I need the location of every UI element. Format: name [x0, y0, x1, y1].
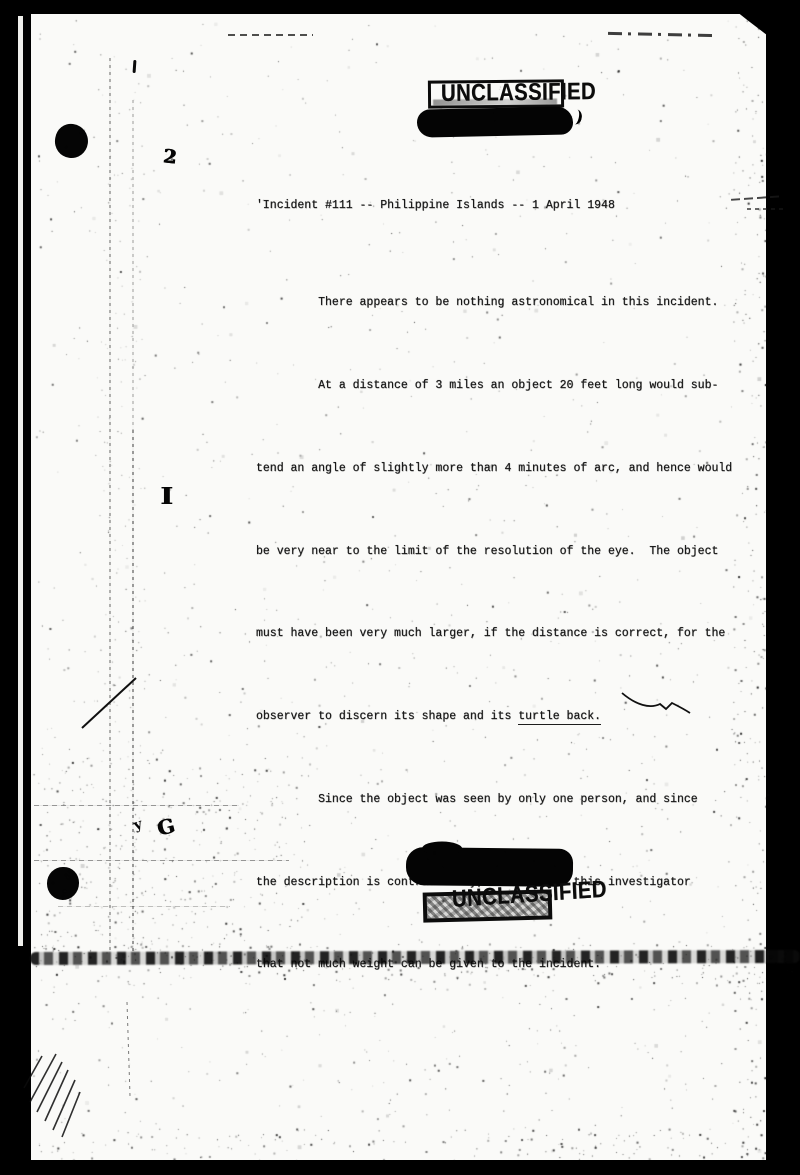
unclassified-stamp-top-label: UNCLASSIFIED [441, 78, 596, 108]
faint-vertical-scratch [127, 1002, 130, 1096]
bottom-left-scratch-fan [24, 1054, 80, 1137]
curved-scratch [622, 693, 690, 713]
handwritten-mark-middle: I [160, 483, 172, 510]
handwritten-mark-top: 2 [162, 145, 177, 168]
diagonal-scratch [82, 678, 136, 728]
scan-frame: 2 I y G UNCLASSIFIED 'Incident #111 -- P… [0, 0, 800, 1175]
redaction-bar-top [417, 106, 574, 137]
scratch-marks-svg [0, 0, 800, 1175]
